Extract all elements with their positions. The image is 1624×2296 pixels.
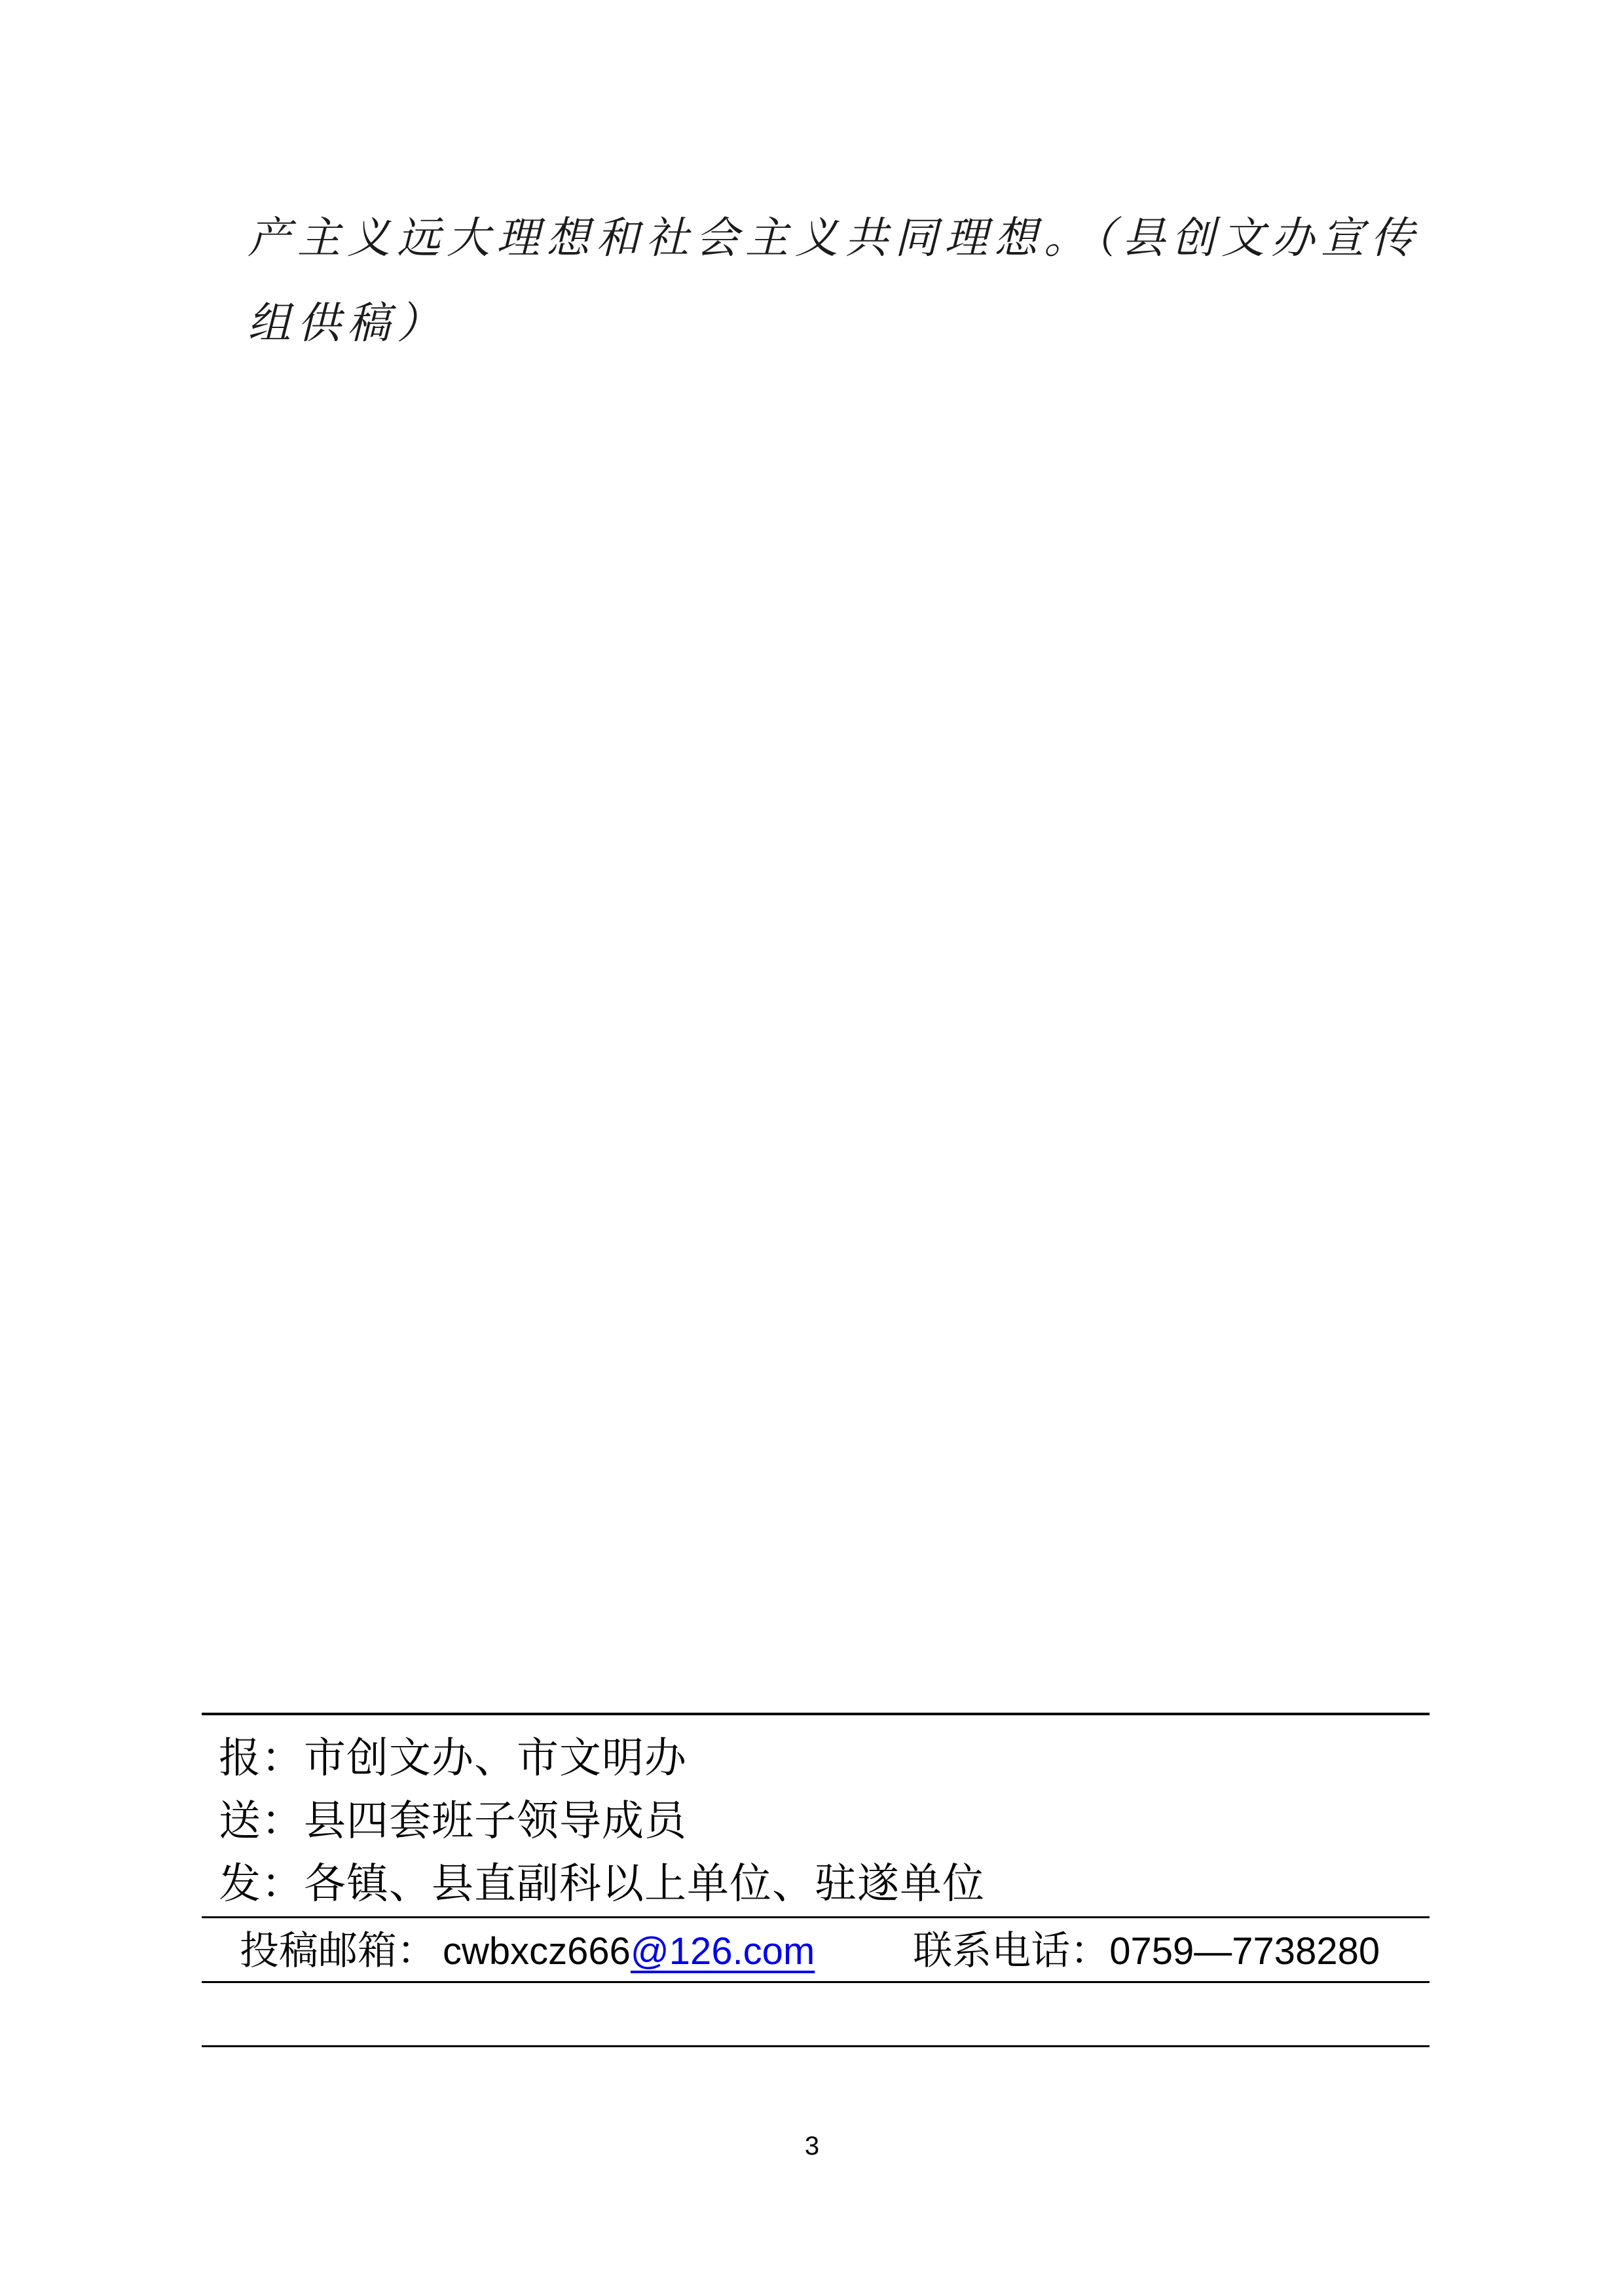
email-link[interactable]: @126.com — [631, 1930, 815, 1973]
phone-label: 联系电话： — [913, 1929, 1109, 1973]
body-paragraph: 产主义远大理想和社会主义共同理想。（县创文办宣传 组供稿） — [248, 196, 1446, 367]
separator-line-bottom — [202, 2045, 1430, 2047]
separator-line-middle-upper — [202, 1916, 1430, 1918]
body-text-line-1: 产主义远大理想和社会主义共同理想。（县创文办宣传 — [248, 196, 1446, 282]
separator-line-top — [202, 1713, 1430, 1715]
distribution-list: 报：市创文办、市文明办 送：县四套班子领导成员 发：各镇、县直副科以上单位、驻遂… — [219, 1727, 985, 1916]
phone-number: 0759—7738280 — [1109, 1930, 1380, 1973]
distribution-issue-line: 发：各镇、县直副科以上单位、驻遂单位 — [219, 1853, 985, 1916]
email-label: 投稿邮箱： — [240, 1929, 436, 1973]
separator-line-middle-lower — [202, 1981, 1430, 1983]
page-number: 3 — [0, 2132, 1624, 2161]
body-text-line-2: 组供稿） — [248, 282, 1446, 367]
distribution-report-line: 报：市创文办、市文明办 — [219, 1727, 985, 1790]
email-username: cwbxcz666 — [443, 1930, 631, 1973]
distribution-send-line: 送：县四套班子领导成员 — [219, 1790, 985, 1853]
document-page: 产主义远大理想和社会主义共同理想。（县创文办宣传 组供稿） 报：市创文办、市文明… — [0, 0, 1624, 2296]
contact-line: 投稿邮箱：cwbxcz666@126.com联系电话：0759—7738280 — [240, 1927, 1380, 1975]
